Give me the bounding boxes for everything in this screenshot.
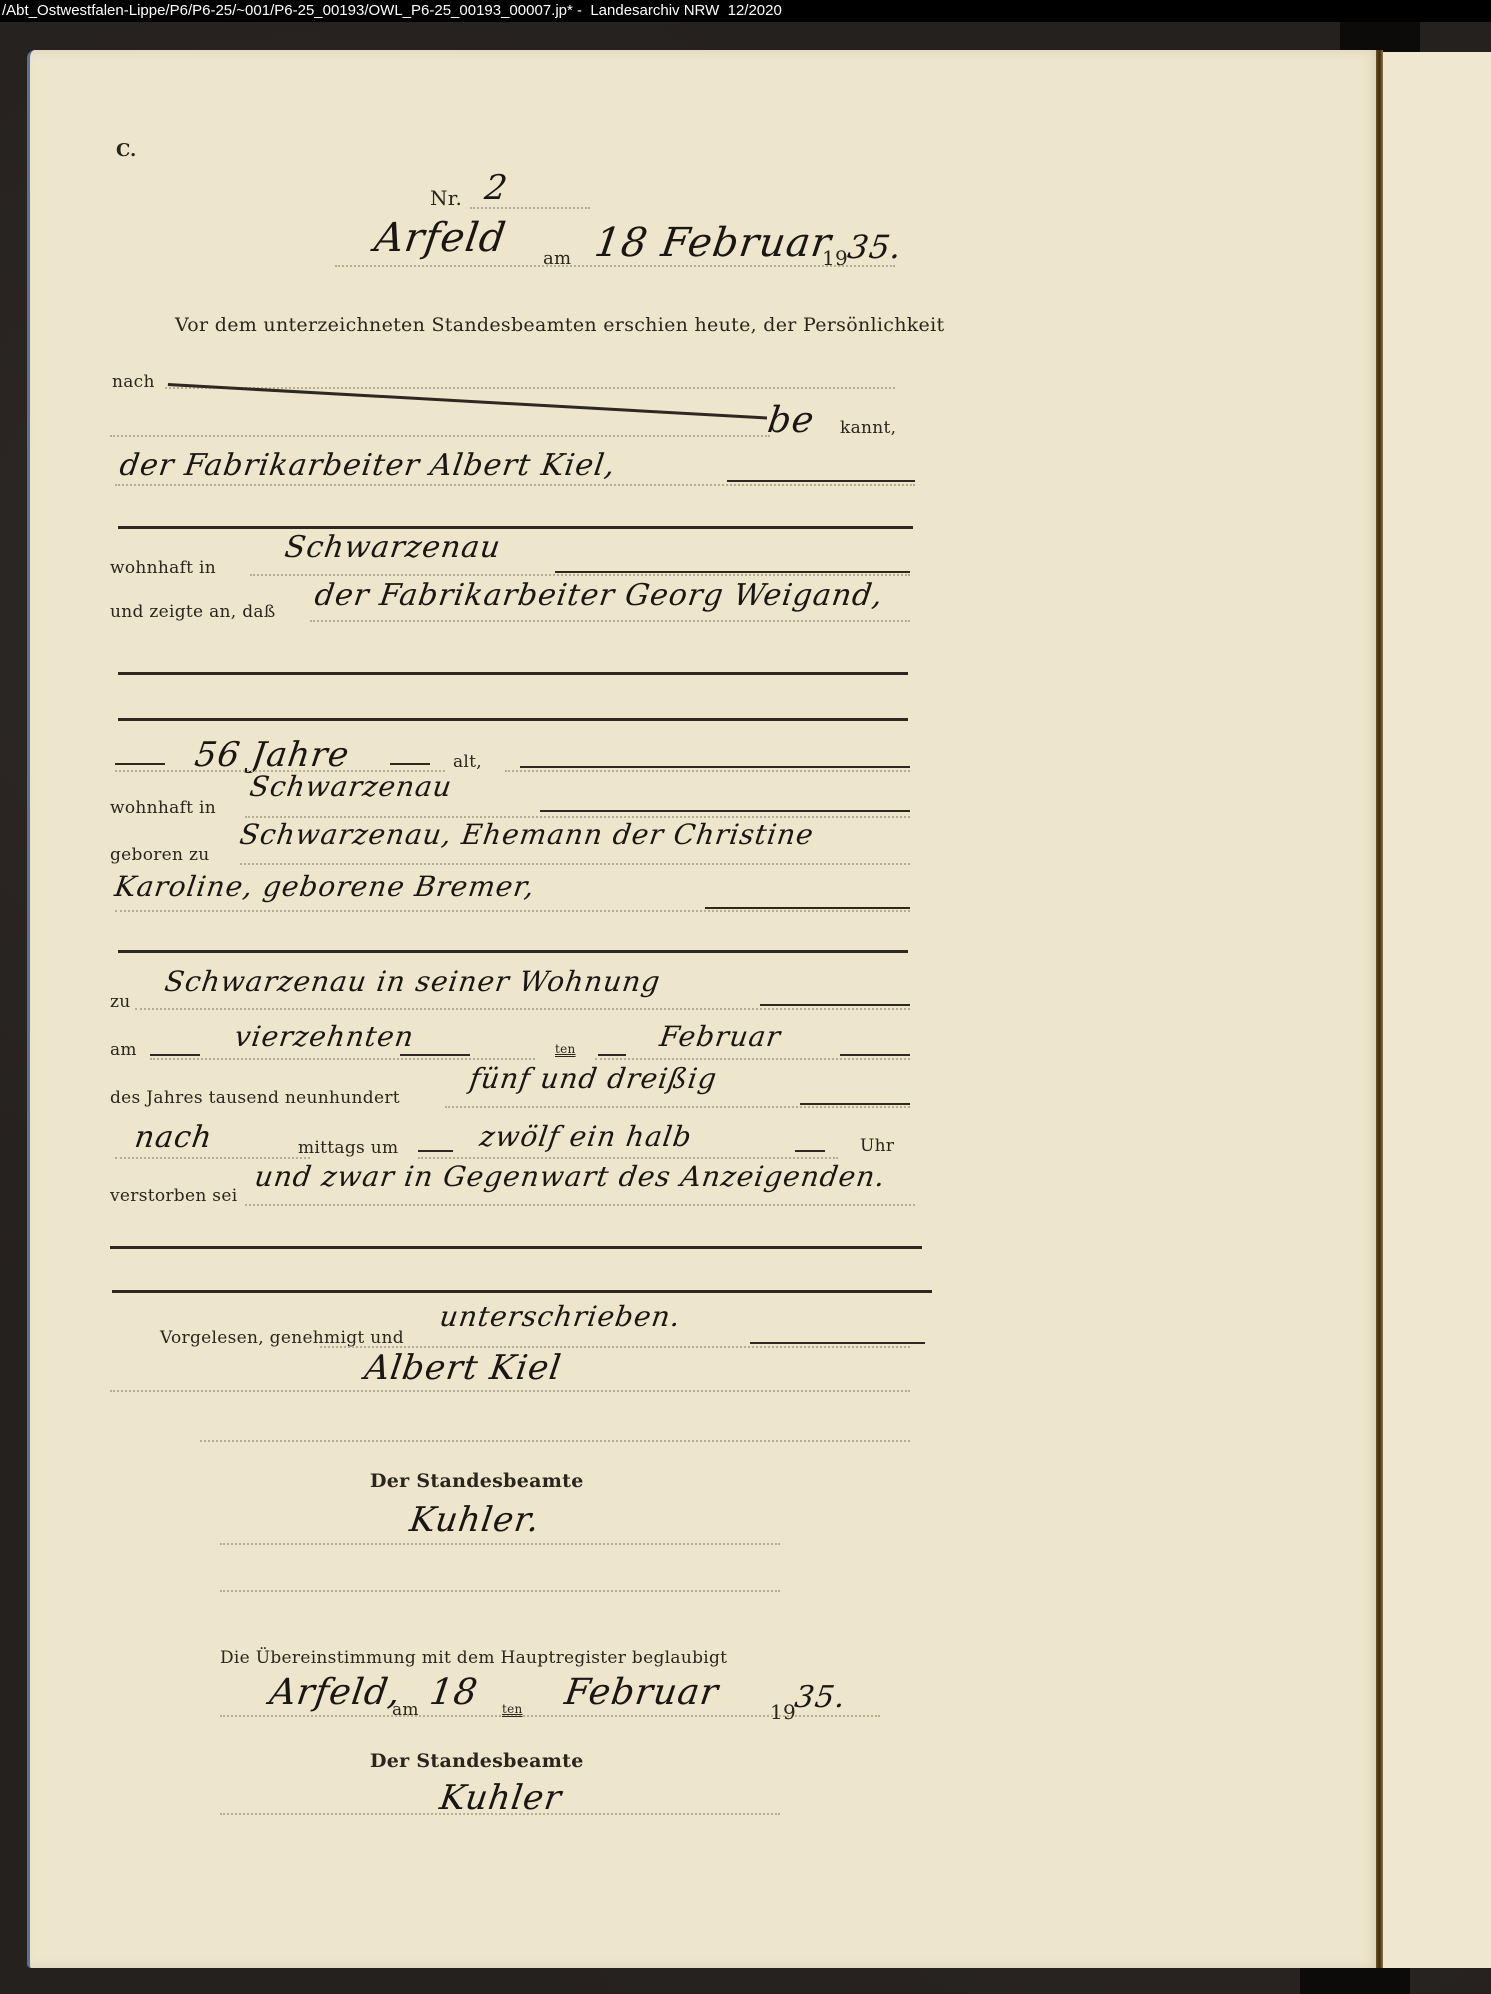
jahres-dotted-line <box>445 1106 910 1108</box>
deceased-dotted-line <box>310 620 910 622</box>
alt-filler-line <box>520 766 910 768</box>
registrar-extra-line <box>220 1590 780 1592</box>
wohnhaft-filler-line-2 <box>540 810 910 812</box>
death-day: vierzehnten <box>233 1020 417 1053</box>
bekannt-handwritten: be <box>765 400 817 441</box>
nach-label: nach <box>112 372 155 392</box>
binding-shadow-bottom <box>1300 1966 1410 1994</box>
am-dash-2 <box>400 1054 470 1056</box>
verstorben-label: verstorben sei <box>110 1186 237 1206</box>
jahres-filler-line <box>800 1103 910 1105</box>
uhr-label: Uhr <box>860 1136 894 1156</box>
blank-filler-line-4 <box>118 950 908 953</box>
mittags-dotted-line <box>418 1157 838 1159</box>
death-year-words: fünf und dreißig <box>468 1062 720 1095</box>
geboren-label: geboren zu <box>110 845 210 865</box>
karoline-dotted-line <box>115 910 910 912</box>
am-dash-1 <box>150 1054 200 1056</box>
nr-label: Nr. <box>430 186 462 210</box>
death-month: Februar <box>658 1020 784 1053</box>
zu-filler-line <box>760 1004 910 1006</box>
wohnhaft-label-1: wohnhaft in <box>110 558 216 578</box>
blank-filler-line-1 <box>118 526 913 529</box>
age-dash-left <box>115 763 165 765</box>
deceased-name: der Fabrikarbeiter Georg Weigand, <box>313 578 886 613</box>
cert-registrar-signature: Kuhler <box>437 1778 564 1818</box>
vorgelesen-label: Vorgelesen, genehmigt und <box>160 1328 404 1348</box>
cert-month: Februar <box>562 1672 721 1713</box>
und-zeigte-label: und zeigte an, daß <box>110 602 275 622</box>
place-handwritten: Arfeld <box>372 215 509 261</box>
corner-mark: C. <box>116 140 136 161</box>
mittags-dash-1 <box>418 1150 453 1152</box>
informant-signature: Albert Kiel <box>362 1348 564 1388</box>
year-suffix: 35. <box>845 228 904 266</box>
certification-text: Die Übereinstimmung mit dem Hauptregiste… <box>220 1648 727 1668</box>
year-prefix: 19 <box>822 246 848 270</box>
blank-filler-line-5 <box>110 1246 922 1249</box>
verstorben-dotted-line <box>245 1204 915 1206</box>
death-time: zwölf ein halb <box>478 1120 694 1153</box>
informant-signature-line <box>110 1390 910 1392</box>
document-page-right <box>1383 52 1491 1968</box>
window-title-bar: /Abt_Ostwestfalen-Lippe/P6/P6-25/~001/P6… <box>0 0 1491 22</box>
zu-label: zu <box>110 992 131 1012</box>
deceased-residence: Schwarzenau <box>248 770 455 803</box>
month-dotted-line <box>595 1058 910 1060</box>
blank-filler-line-3 <box>118 718 908 721</box>
cert-day: 18 <box>427 1672 481 1713</box>
am-label-2: am <box>110 1040 137 1060</box>
alt-label: alt, <box>453 752 482 772</box>
bekannt-print: kannt, <box>840 418 896 438</box>
informant-filler-line <box>727 480 915 482</box>
cert-year-suffix: 35. <box>793 1680 849 1715</box>
informant-residence: Schwarzenau <box>283 530 504 565</box>
cert-am-label: am <box>392 1700 419 1720</box>
birth-place-line2: Karoline, geborene Bremer, <box>113 870 537 903</box>
bekannt-dotted-line <box>110 435 770 437</box>
am-label: am <box>543 248 571 269</box>
mittags-label: mittags um <box>298 1138 398 1158</box>
registrar-signature-line <box>220 1543 780 1545</box>
cert-registrar-title: Der Standesbeamte <box>370 1750 584 1772</box>
cert-signature-line <box>220 1813 780 1815</box>
registrar-signature: Kuhler. <box>407 1500 542 1540</box>
blank-filler-line-2 <box>118 672 908 675</box>
blank-filler-line-6 <box>112 1290 932 1293</box>
am-dotted-line <box>150 1058 535 1060</box>
cert-place: Arfeld, <box>267 1672 404 1713</box>
ten-label: ten <box>555 1042 576 1056</box>
age-dash-right <box>390 763 430 765</box>
karoline-filler-line <box>705 907 910 909</box>
mittags-dash-2 <box>795 1150 825 1152</box>
binding-shadow-top <box>1340 22 1420 52</box>
birth-place-line1: Schwarzenau, Ehemann der Christine <box>238 818 816 851</box>
month-filler-line <box>840 1054 910 1056</box>
zu-dotted-line <box>135 1008 910 1010</box>
date-handwritten: 18 Februar <box>592 220 835 266</box>
verstorben-handwritten: und zwar in Gegenwart des Anzeigenden. <box>253 1160 888 1193</box>
des-jahres-label: des Jahres tausend neunhundert <box>110 1088 400 1108</box>
age-handwritten: 56 Jahre <box>192 735 352 775</box>
nach-dotted-line-2 <box>115 1157 310 1159</box>
wohnhaft-label-2: wohnhaft in <box>110 798 216 818</box>
informant-name: der Fabrikarbeiter Albert Kiel, <box>118 448 618 483</box>
am-dash-3 <box>598 1054 626 1056</box>
blank-dotted-line <box>200 1440 910 1442</box>
registrar-title: Der Standesbeamte <box>370 1470 584 1492</box>
wohnhaft-dotted-line-1 <box>250 574 910 576</box>
intro-text: Vor dem unterzeichneten Standesbeamten e… <box>175 314 944 336</box>
page-fold <box>1376 50 1383 1968</box>
vorgelesen-handwritten: unterschrieben. <box>438 1300 683 1333</box>
alt-dotted-line <box>505 770 910 772</box>
nach-handwritten: nach <box>133 1120 215 1155</box>
informant-dotted-line <box>115 484 915 486</box>
wohnhaft-filler-line-1 <box>555 571 910 573</box>
death-place: Schwarzenau in seiner Wohnung <box>163 965 663 998</box>
cert-ten-label: ten <box>502 1702 523 1716</box>
vorgelesen-filler-line <box>750 1342 925 1344</box>
geboren-dotted-line <box>240 863 910 865</box>
